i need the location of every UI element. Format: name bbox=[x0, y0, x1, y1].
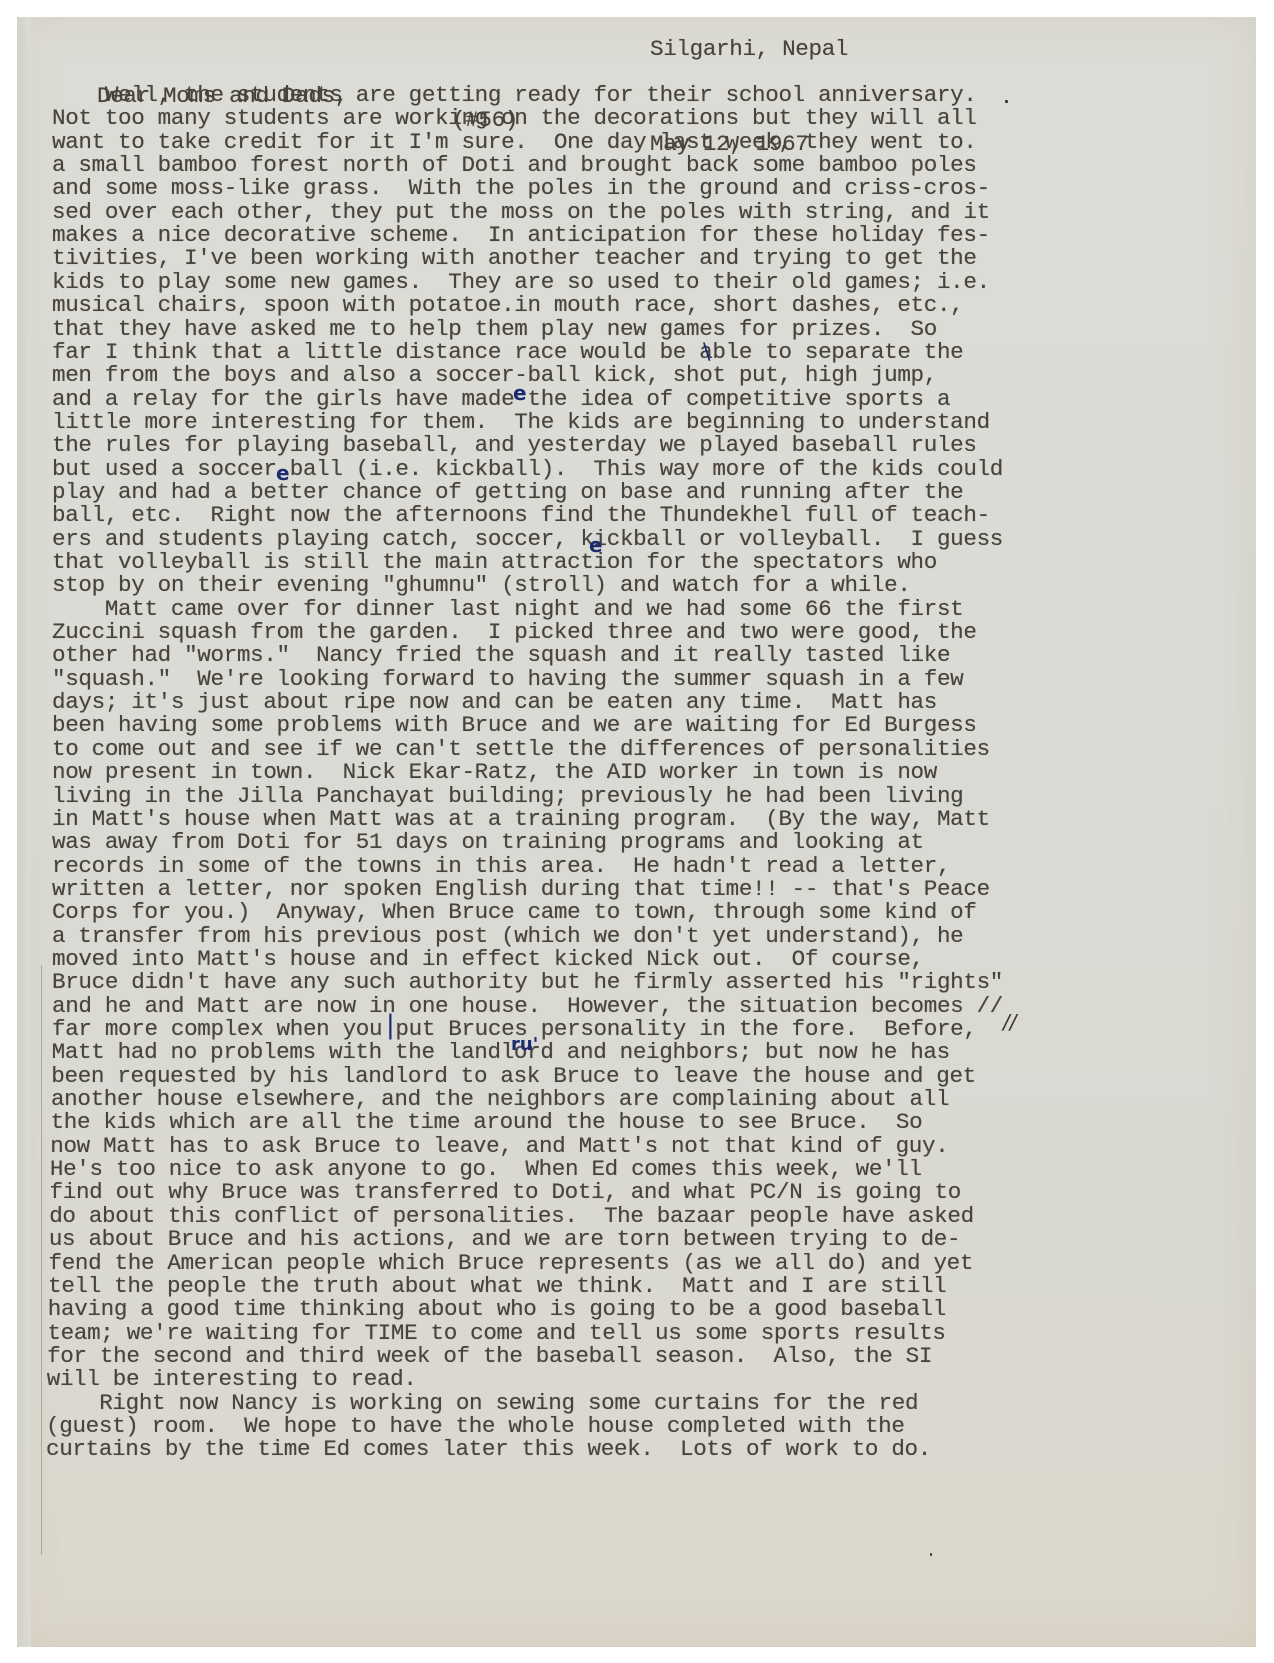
letter-line: Bruce didn't have any such authority but… bbox=[52, 970, 1003, 994]
typewritten-letter: Silgarhi, Nepal Dear Moms and Dads, (#56… bbox=[0, 0, 1274, 1663]
letter-line: been requested by his landlord to ask Br… bbox=[51, 1064, 976, 1088]
letter-line: that they have asked me to help them pla… bbox=[52, 317, 937, 341]
letter-line: having a good time thinking about who is… bbox=[48, 1297, 946, 1321]
letter-line: written a letter, nor spoken English dur… bbox=[52, 877, 990, 901]
letter-line: a transfer from his previous post (which… bbox=[52, 924, 963, 948]
letter-line: He's too nice to ask anyone to go. When … bbox=[50, 1157, 922, 1181]
letter-line: in Matt's house when Matt was at a train… bbox=[52, 807, 990, 831]
letter-line: and a relay for the girls have made the … bbox=[52, 387, 950, 411]
letter-line: been having some problems with Bruce and… bbox=[52, 713, 977, 737]
letter-line: will be interesting to read. bbox=[47, 1367, 417, 1391]
pen-strikeout: // bbox=[1003, 1010, 1016, 1034]
letter-line: far I think that a little distance race … bbox=[52, 340, 963, 364]
letter-line: (guest) room. We hope to have the whole … bbox=[46, 1414, 905, 1438]
letter-line: little more interesting for them. The ki… bbox=[52, 410, 990, 434]
letter-line: Zuccini squash from the garden. I picked… bbox=[52, 620, 977, 644]
pen-insertion-stroke: \ bbox=[703, 340, 710, 365]
letter-line: fend the American people which Bruce rep… bbox=[49, 1251, 974, 1275]
pen-word-separator: | bbox=[386, 1010, 395, 1040]
letter-line: now present in town. Nick Ekar-Ratz, the… bbox=[52, 760, 937, 784]
letter-line: Matt had no problems with the landlord a… bbox=[52, 1040, 950, 1064]
letter-line: to come out and see if we can't settle t… bbox=[52, 737, 990, 761]
paper-speck bbox=[1005, 100, 1008, 103]
letter-line: a small bamboo forest north of Doti and … bbox=[52, 153, 977, 177]
letter-line: days; it's just about ripe now and can b… bbox=[52, 690, 937, 714]
letter-line: do about this conflict of personalities.… bbox=[49, 1204, 974, 1228]
letter-line: and some moss-like grass. With the poles… bbox=[52, 176, 990, 200]
letter-line: the kids which are all the time around t… bbox=[51, 1110, 923, 1134]
letter-line: for the second and third week of the bas… bbox=[47, 1344, 932, 1368]
letter-line: ers and students playing catch, soccer, … bbox=[52, 527, 1003, 551]
letter-line: musical chairs, spoon with potatoe.in mo… bbox=[52, 293, 963, 317]
letter-line: play and had a better chance of getting … bbox=[52, 480, 963, 504]
letter-line: want to take credit for it I'm sure. One… bbox=[52, 130, 977, 154]
pen-correction-e: e bbox=[276, 461, 290, 485]
letter-line: tell the people the truth about what we … bbox=[48, 1274, 946, 1298]
letter-line: curtains by the time Ed comes later this… bbox=[46, 1437, 931, 1461]
letter-line: living in the Jilla Panchayat building; … bbox=[52, 784, 963, 808]
pen-correction-e: e bbox=[589, 533, 603, 557]
letter-line: Not too many students are working on the… bbox=[52, 106, 977, 130]
letter-line: ball, etc. Right now the afternoons find… bbox=[52, 503, 990, 527]
paper-speck bbox=[930, 1553, 932, 1556]
letter-line: stop by on their evening "ghumnu" (strol… bbox=[52, 573, 911, 597]
letter-line: sed over each other, they put the moss o… bbox=[52, 200, 990, 224]
letter-line: Well, the students are getting ready for… bbox=[52, 83, 977, 107]
letter-line: that volleyball is still the main attrac… bbox=[52, 550, 937, 574]
pen-correction-e: e bbox=[513, 381, 527, 405]
pen-correction-bruces: ru' bbox=[511, 1034, 538, 1055]
letter-line: another house elsewhere, and the neighbo… bbox=[51, 1087, 949, 1111]
letter-line: moved into Matt's house and in effect ki… bbox=[52, 947, 924, 971]
letter-line: Right now Nancy is working on sewing som… bbox=[46, 1391, 918, 1415]
letter-line: but used a soccer ball (i.e. kickball). … bbox=[52, 457, 1003, 481]
letter-line: the rules for playing baseball, and yest… bbox=[52, 433, 977, 457]
letter-line: us about Bruce and his actions, and we a… bbox=[49, 1227, 960, 1251]
letter-line: other had "worms." Nancy fried the squas… bbox=[52, 643, 950, 667]
letter-line: now Matt has to ask Bruce to leave, and … bbox=[50, 1134, 948, 1158]
letter-line: records in some of the towns in this are… bbox=[52, 854, 950, 878]
letter-line: and he and Matt are now in one house. Ho… bbox=[52, 994, 1003, 1018]
letter-line: makes a nice decorative scheme. In antic… bbox=[52, 223, 990, 247]
letter-line: "squash." We're looking forward to havin… bbox=[52, 667, 963, 691]
letter-line: men from the boys and also a soccer-ball… bbox=[52, 363, 937, 387]
letter-place: Silgarhi, Nepal bbox=[650, 37, 848, 61]
letter-line: find out why Bruce was transferred to Do… bbox=[50, 1180, 961, 1204]
letter-line: tivities, I've been working with another… bbox=[52, 246, 977, 270]
letter-line: team; we're waiting for TIME to come and… bbox=[47, 1321, 945, 1345]
letter-line: was away from Doti for 51 days on traini… bbox=[52, 830, 924, 854]
letter-line: kids to play some new games. They are so… bbox=[52, 270, 990, 294]
letter-line: Corps for you.) Anyway, When Bruce came … bbox=[52, 900, 977, 924]
letter-line: Matt came over for dinner last night and… bbox=[52, 597, 963, 621]
